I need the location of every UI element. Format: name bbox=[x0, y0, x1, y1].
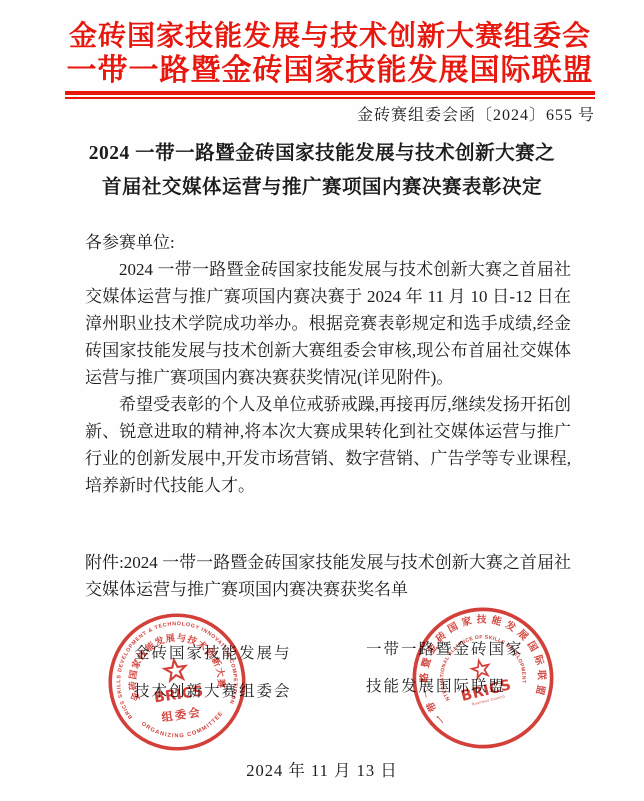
salutation: 各参赛单位: bbox=[85, 229, 571, 256]
title-line2: 首届社交媒体运营与推广赛项国内赛决赛表彰决定 bbox=[40, 171, 604, 205]
star-icon bbox=[467, 655, 494, 681]
international-alliance-seal: 一带一路暨金砖国家技能发展国际联盟 INTERNATIONAL ALLIANCE… bbox=[395, 590, 572, 767]
title-line1: 2024 一带一路暨金砖国家技能发展与技术创新大赛之 bbox=[40, 137, 604, 171]
document-title: 2024 一带一路暨金砖国家技能发展与技术创新大赛之 首届社交媒体运营与推广赛项… bbox=[40, 137, 604, 205]
document-date: 2024 年 11 月 13 日 bbox=[0, 757, 644, 781]
star-icon bbox=[160, 655, 190, 684]
org-name-line1: 金砖国家技能发展与技术创新大赛组委会 bbox=[65, 20, 595, 53]
organizing-committee-seal: BRICS SKILLS DEVELOPMENT & TECHNOLOGY IN… bbox=[97, 602, 257, 762]
body-paragraph: 希望受表彰的个人及单位戒骄戒躁,再接再厉,继续发扬开拓创新、锐意进取的精神,将本… bbox=[85, 391, 571, 499]
body-paragraph: 2024 一带一路暨金砖国家技能发展与技术创新大赛之首届社交媒体运营与推广赛项国… bbox=[85, 256, 571, 391]
document-page: 金砖国家技能发展与技术创新大赛组委会 一带一路暨金砖国家技能发展国际联盟 金砖赛… bbox=[0, 0, 644, 801]
letterhead-divider bbox=[65, 91, 595, 99]
letterhead: 金砖国家技能发展与技术创新大赛组委会 一带一路暨金砖国家技能发展国际联盟 金砖赛… bbox=[0, 0, 644, 127]
signature-block: 金砖国家技能发展与 技术创新大赛组委会 一带一路暨金砖国家 技能发展国际联盟 B… bbox=[0, 609, 644, 749]
attachment-note: 附件:2024 一带一路暨金砖国家技能发展与技术创新大赛之首届社交媒体运营与推广… bbox=[85, 549, 571, 603]
seal-brics-logo: BRICS bbox=[153, 684, 204, 707]
document-number: 金砖赛组委会函〔2024〕655 号 bbox=[65, 105, 595, 127]
seal-bottom-text-zh: 组委会 bbox=[161, 705, 203, 724]
document-body: 各参赛单位: 2024 一带一路暨金砖国家技能发展与技术创新大赛之首届社交媒体运… bbox=[85, 229, 571, 603]
org-name-line2: 一带一路暨金砖国家技能发展国际联盟 bbox=[65, 53, 595, 88]
